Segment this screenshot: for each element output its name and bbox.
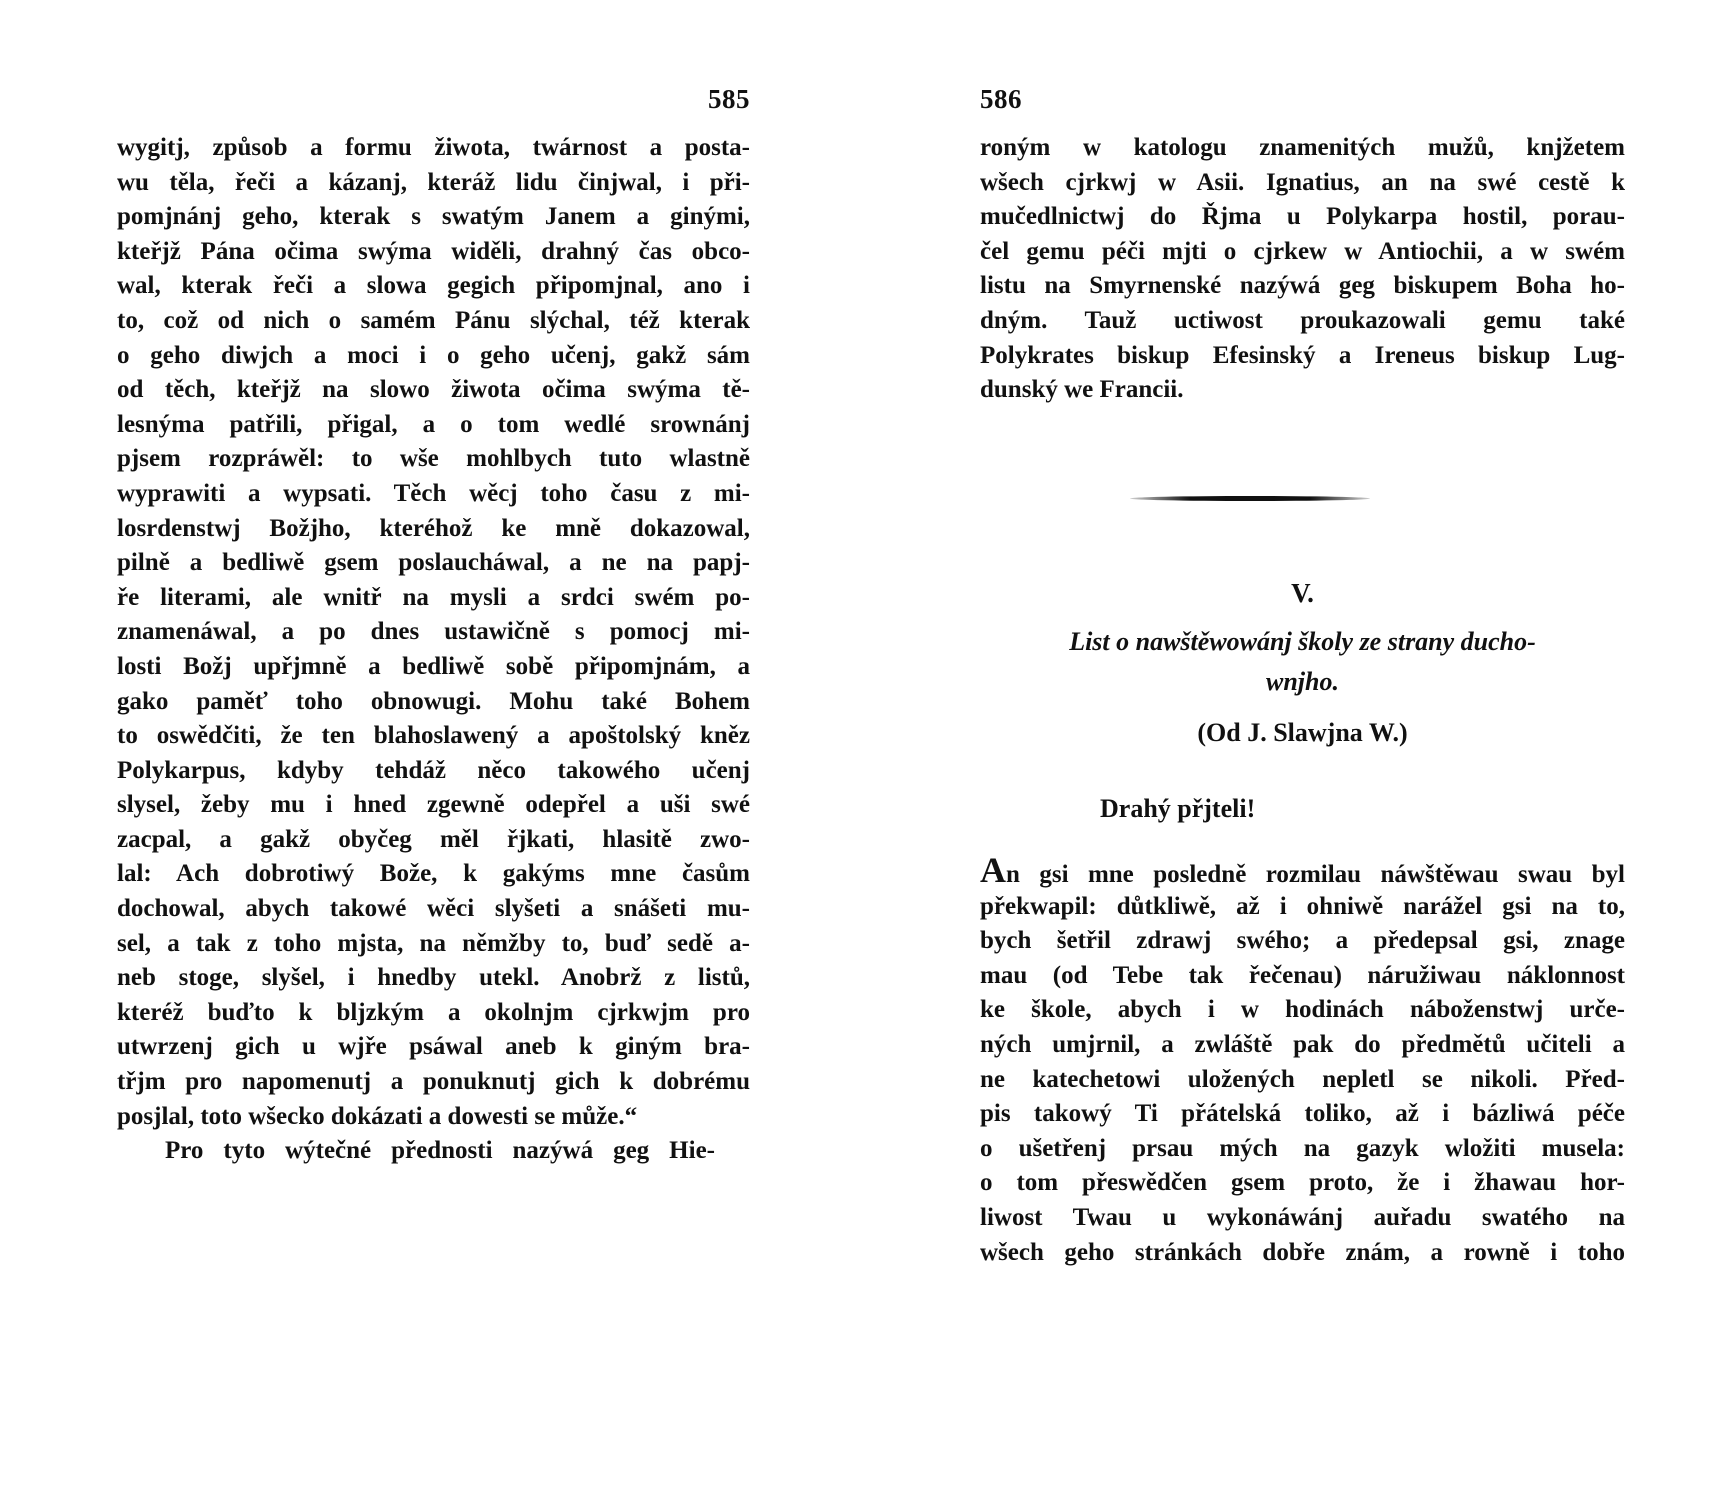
text-line: wal, kterak řeči a slowa gegich připomjn… [117, 269, 750, 304]
text-line: zacpal, a gakž obyčeg měl řjkati, hlasit… [117, 823, 750, 858]
section-title-line: List o nawštěwowánj školy ze strany duch… [980, 622, 1625, 662]
text-line: to oswědčiti, že ten blahoslawený a apoš… [117, 719, 750, 754]
text-line: listu na Smyrnenské nazýwá geg biskupem … [980, 269, 1625, 304]
section-author: (Od J. Slawjna W.) [980, 718, 1625, 748]
text-line: o ušetřenj prsau mých na gazyk wložiti m… [980, 1132, 1625, 1167]
text-line: lesnýma patřili, přigal, a o tom wedlé s… [117, 408, 750, 443]
text-line: pis takowý Ti přátelská toliko, až i báz… [980, 1097, 1625, 1132]
text-line: to, což od nich o samém Pánu slýchal, té… [117, 304, 750, 339]
text-line: gako paměť toho obnowugi. Mohu také Bohe… [117, 685, 750, 720]
text-line: sel, a tak z toho mjsta, na němžby to, b… [117, 927, 750, 962]
text-line: znamenáwal, a po dnes ustawičně s pomocj… [117, 615, 750, 650]
text-line: ře literami, ale wnitř na mysli a srdci … [117, 581, 750, 616]
text-line: od těch, kteřjž na slowo žiwota očima sw… [117, 373, 750, 408]
text-line: o geho diwjch a moci i o geho učenj, gak… [117, 339, 750, 374]
text-line: dunský we Francii. [980, 373, 1625, 408]
right-page-body: roným w katologu znamenitých mužů, knjže… [980, 131, 1625, 408]
text-line: utwrzenj gich u wjře psáwal aneb k giným… [117, 1030, 750, 1065]
text-line: neb stoge, slyšel, i hnedby utekl. Anobr… [117, 961, 750, 996]
text-line: čel gemu péči mjti o cjrkew w Antiochii,… [980, 235, 1625, 270]
section-divider-rule [1130, 496, 1370, 501]
text-line: ke škole, abych i w hodinách náboženstwj… [980, 993, 1625, 1028]
text-line: ných umjrnil, a zwláště pak do předmětů … [980, 1028, 1625, 1063]
letter-salutation: Drahý přjteli! [1100, 794, 1255, 824]
text-line: bych šetřil zdrawj swého; a předepsal gs… [980, 924, 1625, 959]
text-line-first: An gsi mne posledně rozmilau náwštěwau s… [980, 855, 1625, 890]
text-line: losti Božj upřjmně a bedliwě sobě připom… [117, 650, 750, 685]
first-line-text: n gsi mne posledně rozmilau náwštěwau sw… [1006, 861, 1625, 888]
text-line: mau (od Tebe tak řečenau) náružiwau nákl… [980, 959, 1625, 994]
text-line: ne katechetowi uložených nepletl se niko… [980, 1063, 1625, 1098]
text-line: wu těla, řeči a kázanj, kteráž lidu činj… [117, 166, 750, 201]
text-line: slysel, žeby mu i hned zgewně odepřel a … [117, 788, 750, 823]
text-line: kteřjž Pána očima swýma widěli, drahný č… [117, 235, 750, 270]
text-line: wšech cjrkwj w Asii. Ignatius, an na swé… [980, 166, 1625, 201]
text-line: roným w katologu znamenitých mužů, knjže… [980, 131, 1625, 166]
text-line: mučedlnictwj do Řjma u Polykarpa hostil,… [980, 200, 1625, 235]
text-line: Polykarpus, kdyby tehdáž něco takowého u… [117, 754, 750, 789]
text-line: překwapil: důtkliwě, až i ohniwě narážel… [980, 890, 1625, 925]
section-title: List o nawštěwowánj školy ze strany duch… [980, 622, 1625, 702]
text-line: liwost Twau u wykonáwánj auřadu swatého … [980, 1201, 1625, 1236]
section-number: V. [980, 578, 1625, 609]
text-line: losrdenstwj Božjho, kteréhož ke mně doka… [117, 512, 750, 547]
text-line: o tom přeswědčen gsem proto, že i žhawau… [980, 1166, 1625, 1201]
page-number-right: 586 [980, 84, 1022, 115]
text-line: pjsem rozpráwěl: to wše mohlbych tuto wl… [117, 442, 750, 477]
section-title-line: wnjho. [980, 662, 1625, 702]
drop-cap: A [980, 850, 1006, 890]
text-line: wšech geho stránkách dobře znám, a rowně… [980, 1236, 1625, 1271]
text-line: lal: Ach dobrotiwý Bože, k gakýms mne ča… [117, 857, 750, 892]
text-line: dným. Tauž uctiwost proukazowali gemu ta… [980, 304, 1625, 339]
text-line: Polykrates biskup Efesinský a Ireneus bi… [980, 339, 1625, 374]
text-line: pilně a bedliwě gsem poslaucháwal, a ne … [117, 546, 750, 581]
text-line: třjm pro napomenutj a ponuknutj gich k d… [117, 1065, 750, 1100]
text-line: kteréž buďto k bljzkým a okolnjm cjrkwjm… [117, 996, 750, 1031]
text-line: posjlal, toto wšecko dokázati a dowesti … [117, 1100, 750, 1135]
page-number-left: 585 [708, 84, 750, 115]
text-line: wyprawiti a wypsati. Těch wěcj toho času… [117, 477, 750, 512]
text-line: pomjnánj geho, kterak s swatým Janem a g… [117, 200, 750, 235]
letter-body: An gsi mne posledně rozmilau náwštěwau s… [980, 855, 1625, 1270]
paragraph-start-line: Pro tyto wýtečné přednosti nazýwá geg Hi… [117, 1134, 715, 1169]
left-page-body: wygitj, způsob a formu žiwota, twárnost … [117, 131, 750, 1169]
text-line: wygitj, způsob a formu žiwota, twárnost … [117, 131, 750, 166]
text-line: dochowal, abych takowé wěci slyšeti a sn… [117, 892, 750, 927]
